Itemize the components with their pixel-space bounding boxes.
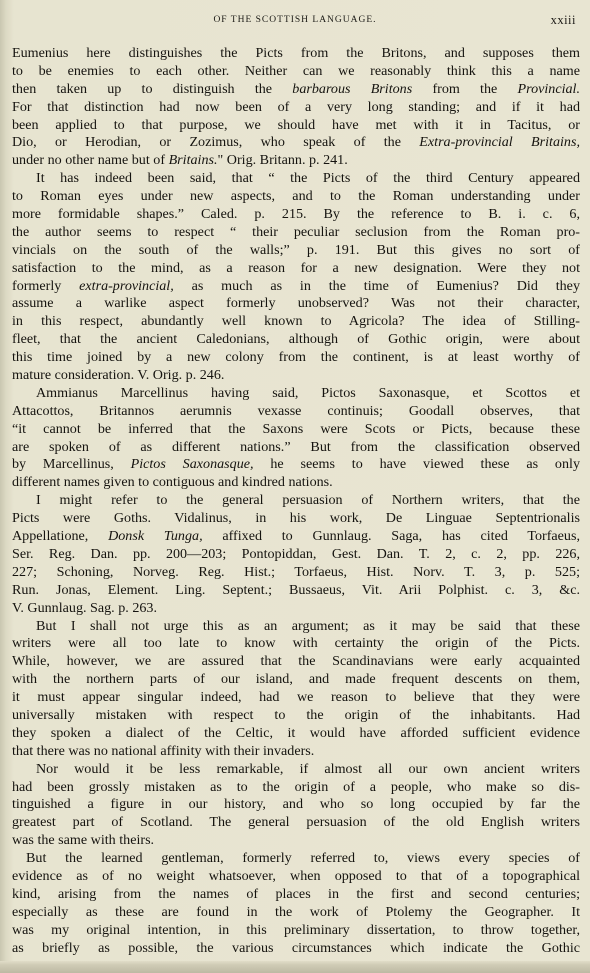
text-line: different names given to contiguous and … xyxy=(12,474,580,492)
text-line: It has indeed been said, that “ the Pict… xyxy=(12,170,580,188)
body-text: Eumenius here distinguishes the Picts fr… xyxy=(12,45,580,957)
paragraph: Eumenius here distinguishes the Picts fr… xyxy=(12,45,580,170)
text-line: Eumenius here distinguishes the Picts fr… xyxy=(12,45,580,63)
text-line: formerly extra-provincial, as much as in… xyxy=(12,278,580,296)
paragraph: But I shall not urge this as an argument… xyxy=(12,618,580,761)
book-page: OF THE SCOTTISH LANGUAGE. xxiii Eumenius… xyxy=(0,0,590,973)
text-line: they spoken a dialect of the Celtic, it … xyxy=(12,725,580,743)
text-line: I might refer to the general persuasion … xyxy=(12,492,580,510)
text-line: evidence as of no weight whatsoever, whe… xyxy=(12,868,580,886)
text-line: But the learned gentleman, formerly refe… xyxy=(12,850,580,868)
text-line: greatest part of Scotland. The general p… xyxy=(12,814,580,832)
text-line: “it cannot be inferred that the Saxons w… xyxy=(12,421,580,439)
text-line: this time joined by a new colony from th… xyxy=(12,349,580,367)
text-line: to be enemies to each other. Neither can… xyxy=(12,63,580,81)
text-line: been applied to that purpose, we should … xyxy=(12,117,580,135)
text-line: under no other name but of Britains." Or… xyxy=(12,152,580,170)
text-line: to Roman eyes under new aspects, and to … xyxy=(12,188,580,206)
text-line: Nor would it be less remarkable, if almo… xyxy=(12,761,580,779)
text-line: was my original intention, in this preli… xyxy=(12,922,580,940)
text-line: V. Gunnlaug. Sag. p. 263. xyxy=(12,600,580,618)
text-line: 227; Schoning, Norveg. Reg. Hist.; Torfa… xyxy=(12,564,580,582)
text-line: Run. Jonas, Element. Ling. Septent.; Bus… xyxy=(12,582,580,600)
paragraph: Nor would it be less remarkable, if almo… xyxy=(12,761,580,850)
text-line: fleet, that the ancient Caledonians, alt… xyxy=(12,331,580,349)
italic-phrase: Pictos Saxonasque, xyxy=(131,456,254,472)
text-line: vincials on the south of the walls;” p. … xyxy=(12,242,580,260)
paragraph: It has indeed been said, that “ the Pict… xyxy=(12,170,580,385)
text-line: it must appear singular indeed, had we r… xyxy=(12,689,580,707)
text-line: by Marcellinus, Pictos Saxonasque, he se… xyxy=(12,456,580,474)
text-line: the author seems to respect “ their pecu… xyxy=(12,224,580,242)
italic-phrase: barbarous Britons xyxy=(292,81,412,97)
text-line: that there was no national affinity with… xyxy=(12,743,580,761)
page-number: xxiii xyxy=(551,13,576,28)
text-line: kind, arising from the names of places i… xyxy=(12,886,580,904)
italic-phrase: Provincial. xyxy=(518,81,581,97)
text-line: universally mistaken with respect to the… xyxy=(12,707,580,725)
running-head: OF THE SCOTTISH LANGUAGE. xxiii xyxy=(14,13,576,27)
paragraph: I might refer to the general persuasion … xyxy=(12,492,580,617)
page-bottom-edge xyxy=(0,961,590,973)
text-line: with the northern parts of our island, a… xyxy=(12,671,580,689)
text-line: especially as these are found in the wor… xyxy=(12,904,580,922)
running-title: OF THE SCOTTISH LANGUAGE. xyxy=(14,15,576,25)
text-line: assume a warlike aspect formerly unobser… xyxy=(12,295,580,313)
text-line: Picts were Goths. Vidalinus, in his work… xyxy=(12,510,580,528)
text-line: But I shall not urge this as an argument… xyxy=(12,618,580,636)
text-line: For that distinction had now been of a v… xyxy=(12,99,580,117)
text-line: tinguished a figure in our history, and … xyxy=(12,796,580,814)
text-line: writers were all too late to know with c… xyxy=(12,635,580,653)
text-line: Dio, or Herodian, or Zozimus, who speak … xyxy=(12,134,580,152)
text-line: was the same with theirs. xyxy=(12,832,580,850)
text-line: Ser. Reg. Dan. pp. 200—203; Pontopiddan,… xyxy=(12,546,580,564)
text-line: in this respect, abundantly well known t… xyxy=(12,313,580,331)
text-line: as briefly as possible, the various circ… xyxy=(12,940,580,958)
italic-phrase: Donsk Tunga, xyxy=(108,528,203,544)
text-line: mature consideration. V. Orig. p. 246. xyxy=(12,367,580,385)
italic-phrase: Extra-provincial Britains, xyxy=(419,134,580,150)
text-line: satisfaction to the mind, as a reason fo… xyxy=(12,260,580,278)
italic-phrase: Britains. xyxy=(169,152,218,168)
paragraph: Ammianus Marcellinus having said, Pictos… xyxy=(12,385,580,492)
text-line: Appellatione, Donsk Tunga, affixed to Gu… xyxy=(12,528,580,546)
text-line: are spoken of as different nations.” But… xyxy=(12,439,580,457)
text-line: While, however, we are assured that the … xyxy=(12,653,580,671)
text-line: more formidable shapes.” Caled. p. 215. … xyxy=(12,206,580,224)
text-line: Ammianus Marcellinus having said, Pictos… xyxy=(12,385,580,403)
text-line: had been grossly mistaken as to the orig… xyxy=(12,779,580,797)
italic-phrase: extra-provincial, xyxy=(79,278,174,294)
paragraph: But the learned gentleman, formerly refe… xyxy=(12,850,580,957)
text-line: Attacottos, Britannos aerumnis vexasse c… xyxy=(12,403,580,421)
text-line: then taken up to distinguish the barbaro… xyxy=(12,81,580,99)
